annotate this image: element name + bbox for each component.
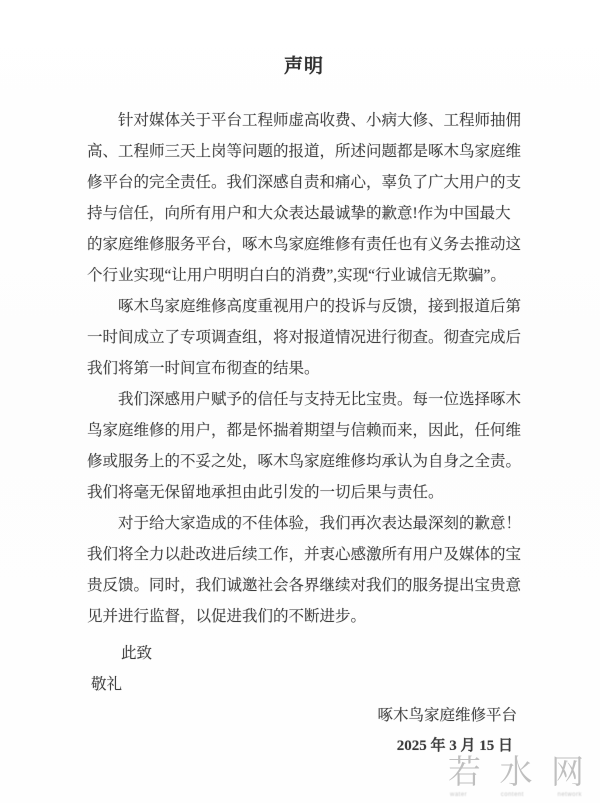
paragraph-line: 个行业实现“让用户明明白白的消费”,实现“行业诚信无欺骗”。 [87,260,521,291]
paragraph-line: 对于给大家造成的不佳体验，我们再次表达最深刻的歉意！ [87,508,521,539]
watermark-subtext-word: water [450,792,467,799]
paragraph-line: 修平台的完全责任。我们深感自责和痛心，辜负了广大用户的支 [87,167,521,198]
watermark-character: 若 [448,754,481,790]
document-title: 声明 [87,55,521,79]
paragraph-line: 见并进行监督，以促进我们的不断进步。 [87,601,521,632]
paragraph-line: 鸟家庭维修的用户，都是怀揣着期望与信赖而来，因此，任何维 [87,415,521,446]
paragraph-line: 我们将全力以赴改进后续工作，并衷心感激所有用户及媒体的宝 [87,539,521,570]
paragraph-line: 我们深感用户赋予的信任与支持无比宝贵。每一位选择啄木 [87,384,521,415]
statement-body: 针对媒体关于平台工程师虚高收费、小病大修、工程师抽佣高、工程师三天上岗等问题的报… [87,105,521,632]
paragraph-line: 一时间成立了专项调查组，将对报道情况进行彻查。彻查完成后 [87,322,521,353]
watermark-subtext: watercontentnetwork [446,792,586,799]
paragraph-line: 高、工程师三天上岗等问题的报道，所述问题都是啄木鸟家庭维 [87,136,521,167]
signature-organization: 啄木鸟家庭维修平台 [87,700,517,731]
watermark-character: 网 [551,754,584,790]
statement-document: 声明 针对媒体关于平台工程师虚高收费、小病大修、工程师抽佣高、工程师三天上岗等问… [87,0,521,762]
paragraph-line: 我们将毫无保留地承担由此引发的一切后果与责任。 [87,477,521,508]
paragraph-line: 修或服务上的不妥之处，啄木鸟家庭维修均承认为自身之全责。 [87,446,521,477]
watermark-subtext-word: network [557,792,582,799]
watermark-logo-text: 若水网 [446,754,586,790]
paragraph-line: 持与信任，向所有用户和大众表达最诚挚的歉意!作为中国最大 [87,198,521,229]
watermark-character: 水 [500,754,533,790]
paragraph-line: 针对媒体关于平台工程师虚高收费、小病大修、工程师抽佣 [87,105,521,136]
watermark-subtext-word: content [501,792,524,799]
paragraph-line: 的家庭维修服务平台，啄木鸟家庭维修有责任也有义务去推动这 [87,229,521,260]
closing-salutation-cizhi: 此致 [87,638,521,669]
paragraph-line: 啄木鸟家庭维修高度重视用户的投诉与反馈，接到报道后第 [87,291,521,322]
scanned-statement-page: 声明 针对媒体关于平台工程师虚高收费、小病大修、工程师抽佣高、工程师三天上岗等问… [0,0,600,803]
paragraph-line: 我们将第一时间宣布彻查的结果。 [87,353,521,384]
paragraph-line: 贵反馈。同时，我们诚邀社会各界继续对我们的服务提出宝贵意 [87,570,521,601]
ruoshui-watermark: 若水网 watercontentnetwork [446,754,586,799]
closing-salutation-jingli: 敬礼 [87,669,521,700]
